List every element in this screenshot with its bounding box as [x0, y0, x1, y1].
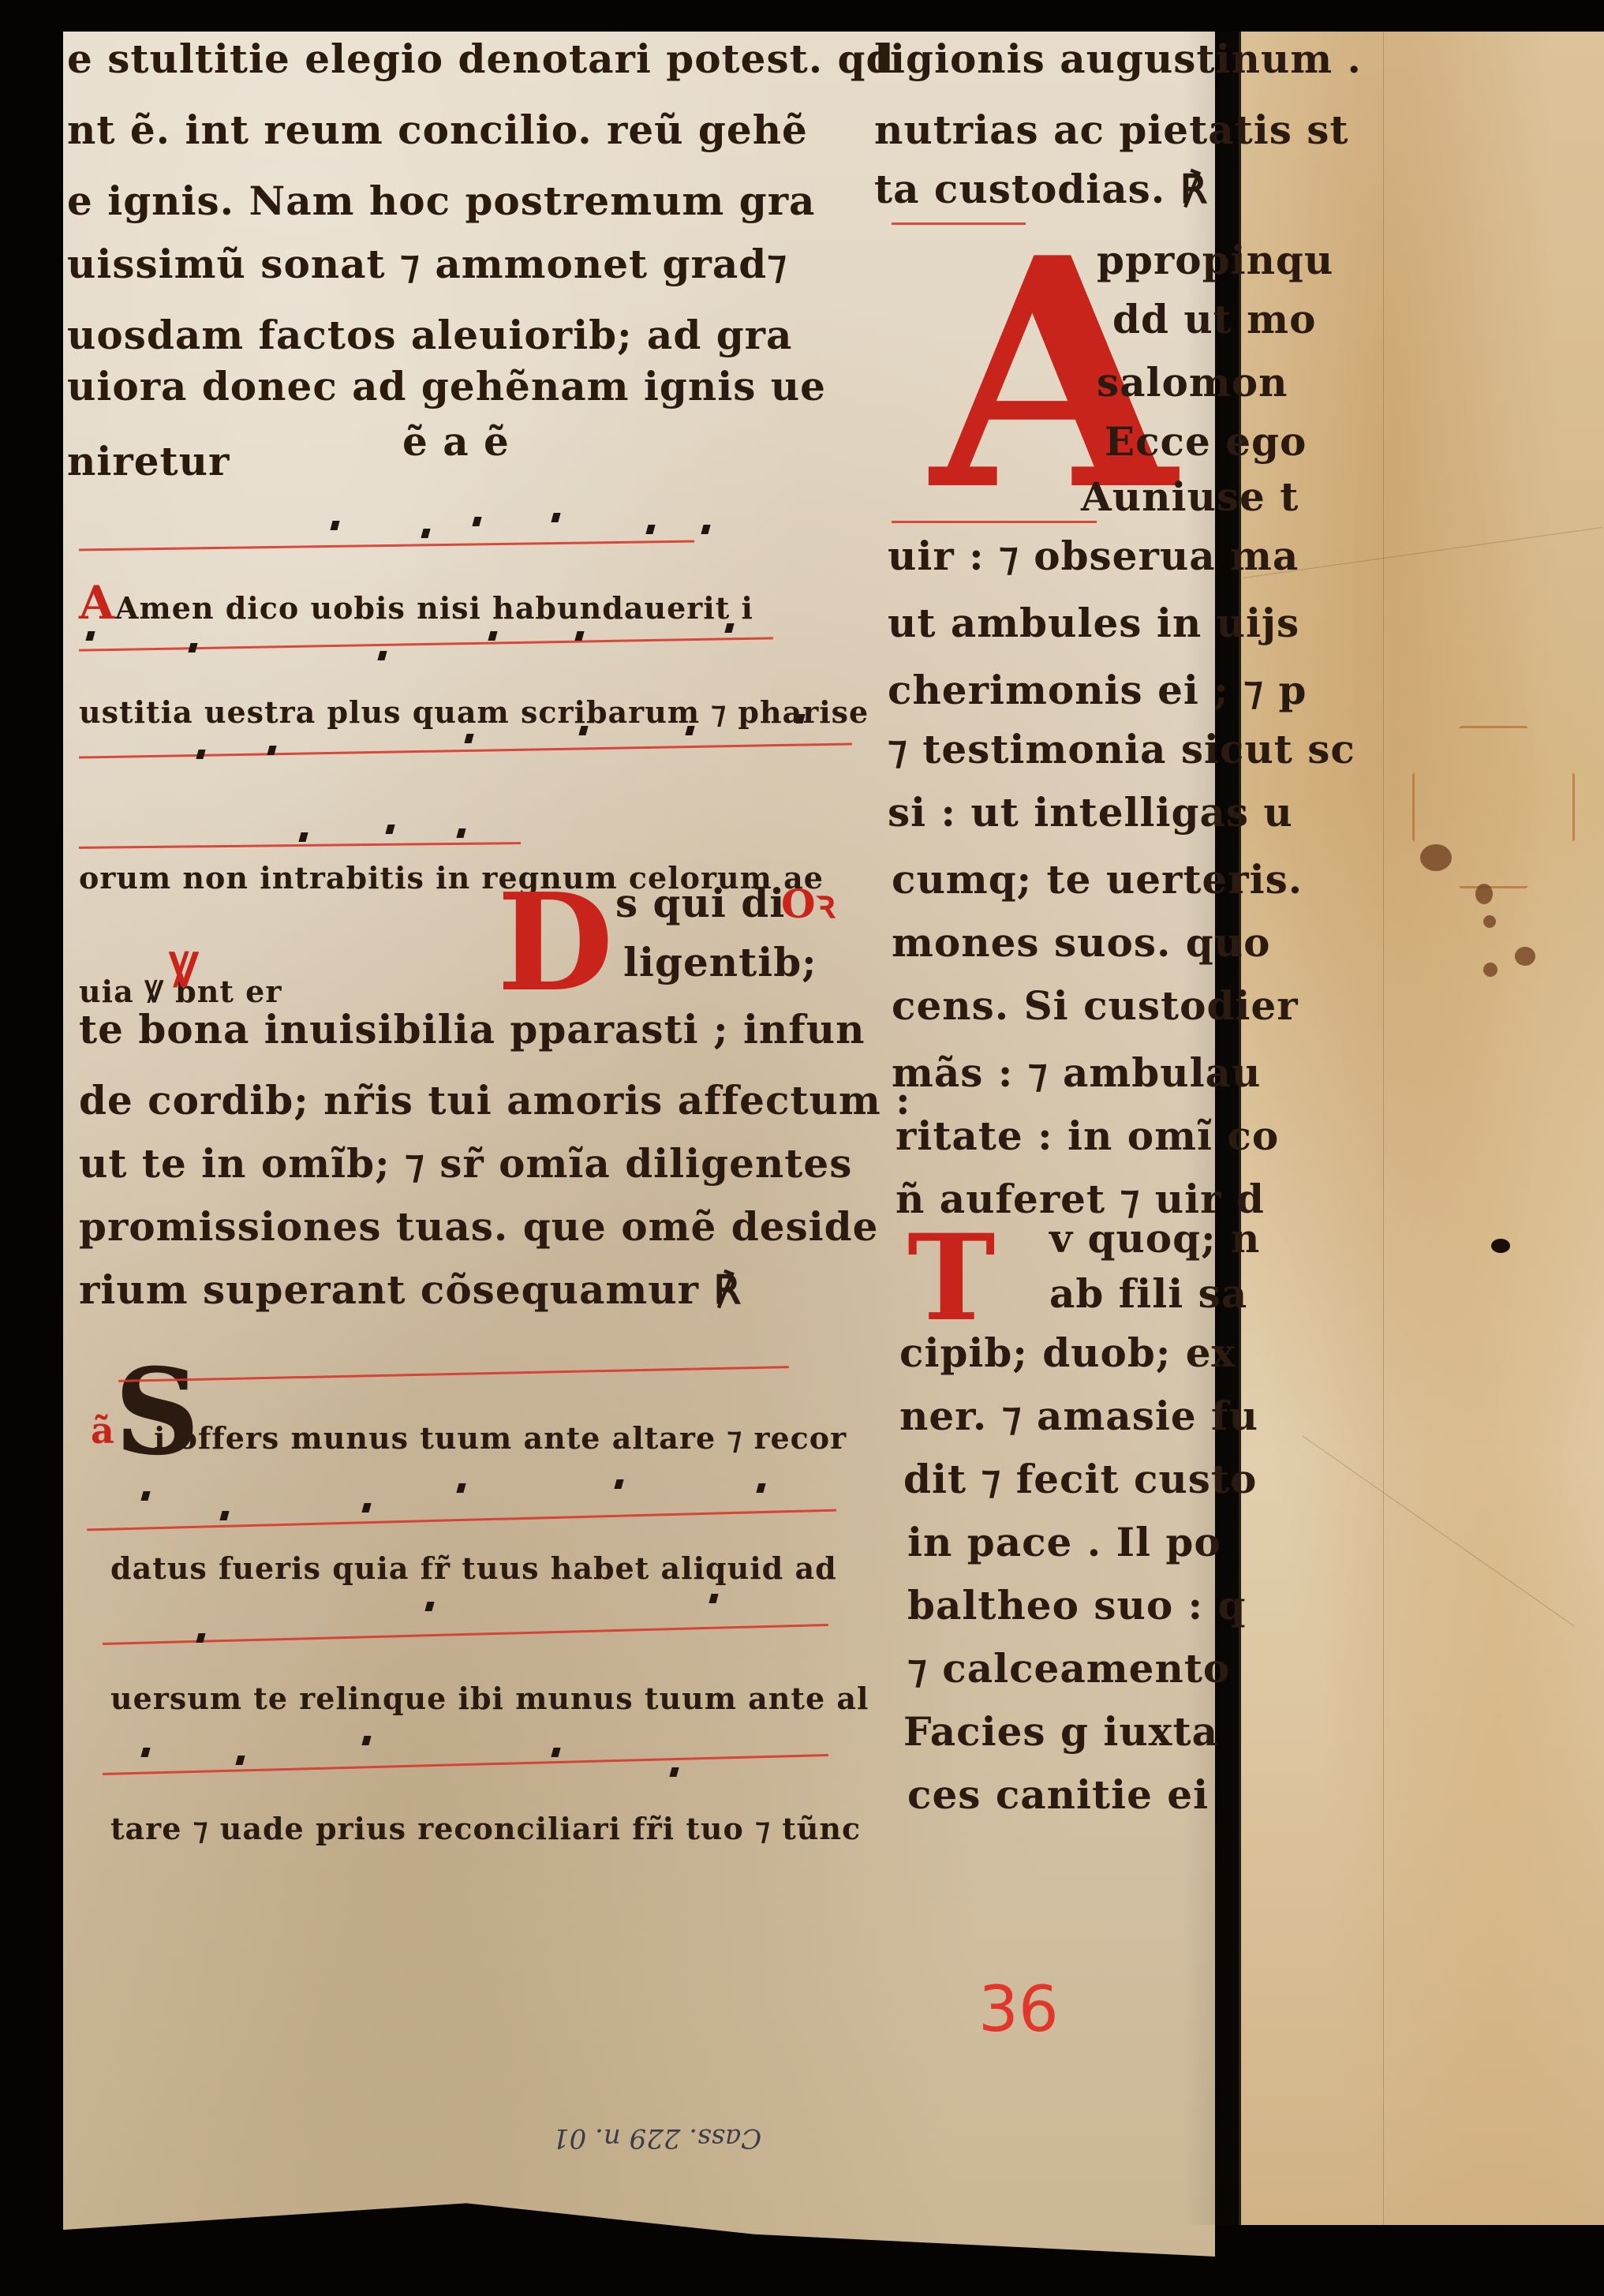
collect-line: ut te in omĩb; ⁊ sr̃ omĩa diligentes	[79, 1140, 852, 1187]
lesson-line: cherimonis ei ; ⁊ p	[888, 667, 1307, 713]
text-line: uiora donec ad gehẽnam ignis ue	[67, 363, 826, 409]
offertory-line: uersum te relinque ibi munus tuum ante a…	[110, 1681, 869, 1716]
lesson-line: ritate : in omĩ co	[895, 1112, 1279, 1159]
lesson-line: ces canitie ei	[907, 1771, 1209, 1818]
lesson-line: Facies g iuxta	[903, 1708, 1218, 1755]
collect-initial-d: D	[497, 876, 613, 1010]
text-line: uissimũ sonat ⁊ ammonet grad⁊	[67, 241, 787, 287]
lesson-line: Auniuse t	[1081, 473, 1299, 520]
lesson-line: ⁊ testimonia sicut sc	[888, 726, 1355, 772]
oratio-marker: Oꝛ	[781, 876, 836, 929]
collect-line: te bona inuisibilia pparasti ; infun	[79, 1006, 866, 1053]
offertory-line: i offers munus tuum ante altare ⁊ recor	[154, 1420, 847, 1456]
chant-initial: A	[79, 576, 115, 630]
text-line: niretur	[67, 438, 230, 484]
text-line: nt ẽ. int reum concilio. reũ gehẽ	[67, 107, 808, 153]
text-line: ẽ a ẽ	[402, 418, 510, 465]
lesson-line: in pace . Il po	[907, 1519, 1221, 1565]
lesson-line: ⁊ calceamento	[907, 1645, 1230, 1692]
lesson-line: cumq; te uerteris.	[892, 856, 1303, 903]
lesson-line: ner. ⁊ amasie fu	[899, 1393, 1258, 1439]
lesson-line: si : ut intelligas u	[888, 789, 1293, 836]
antiphon-marker: ã	[91, 1412, 114, 1449]
lesson-line: salomon	[1097, 359, 1288, 406]
lesson-line: uir : ⁊ obserua ma	[888, 533, 1299, 579]
lesson-line: ab fili sa	[1049, 1270, 1247, 1317]
lesson-initial-t: T	[907, 1219, 996, 1337]
shelfmark-note: Cass. 229 n. 01	[552, 2122, 761, 2154]
text-line: e stultitie elegio denotari potest. qd	[67, 36, 894, 82]
lesson-line: cipib; duob; ex	[899, 1329, 1236, 1376]
lesson-line: dd ut mo	[1112, 296, 1316, 342]
ink-stain	[1475, 884, 1493, 904]
lesson-line: v quoq; n	[1049, 1215, 1260, 1262]
folio-number: 36	[978, 1973, 1059, 2046]
binding-strip	[1239, 32, 1604, 2225]
collect-line: rium superant cõsequamur ℟	[79, 1266, 742, 1313]
text-line: e ignis. Nam hoc postremum gra	[67, 178, 815, 224]
lesson-line: dit ⁊ fecit custo	[903, 1456, 1257, 1502]
ink-stain	[1491, 1239, 1510, 1253]
collect-line: ligentib;	[623, 939, 817, 985]
offertory-line: datus fueris quia fr̃ tuus habet aliquid…	[110, 1550, 837, 1586]
collect-line: de cordib; nr̃is tui amoris affectum :	[79, 1077, 911, 1124]
text-line: ligionis augustinum .	[874, 36, 1362, 82]
chant-text: Amen dico uobis nisi habundauerit i	[115, 590, 753, 626]
lesson-line: ppropinqu	[1097, 237, 1333, 283]
lesson-line: ut ambules in uijs	[888, 600, 1299, 646]
ink-stain	[1483, 915, 1496, 928]
chant-text-line: AAmen dico uobis nisi habundauerit i	[79, 576, 753, 630]
strip-fold-line	[1383, 32, 1384, 2225]
initial-guide-line	[892, 521, 1097, 523]
strip-fold-line	[1303, 1436, 1575, 1627]
collect-line: promissiones tuas. que omẽ deside	[79, 1203, 878, 1250]
lesson-line: mones suos. quo	[892, 919, 1270, 966]
ink-stain	[1483, 963, 1497, 977]
chant-text-line: ustitia uestra plus quam scribarum ⁊ pha…	[79, 694, 869, 730]
collect-first-line: s qui di	[615, 880, 785, 926]
lesson-line: mãs : ⁊ ambulau	[892, 1049, 1261, 1096]
versicle-rubric: Ꝟ	[170, 947, 198, 994]
lesson-line: Ecce ego	[1105, 418, 1307, 465]
text-line: nutrias ac pietatis st	[874, 107, 1349, 153]
offertory-line: tare ⁊ uade prius reconciliari fr̃i tuo …	[110, 1811, 861, 1846]
lesson-line: baltheo suo : q	[907, 1582, 1246, 1629]
ink-stain	[1420, 844, 1452, 871]
ink-stain	[1515, 947, 1535, 966]
lesson-line: cens. Si custodier	[892, 982, 1299, 1029]
text-line: uosdam factos aleuiorib; ad gra	[67, 312, 792, 358]
